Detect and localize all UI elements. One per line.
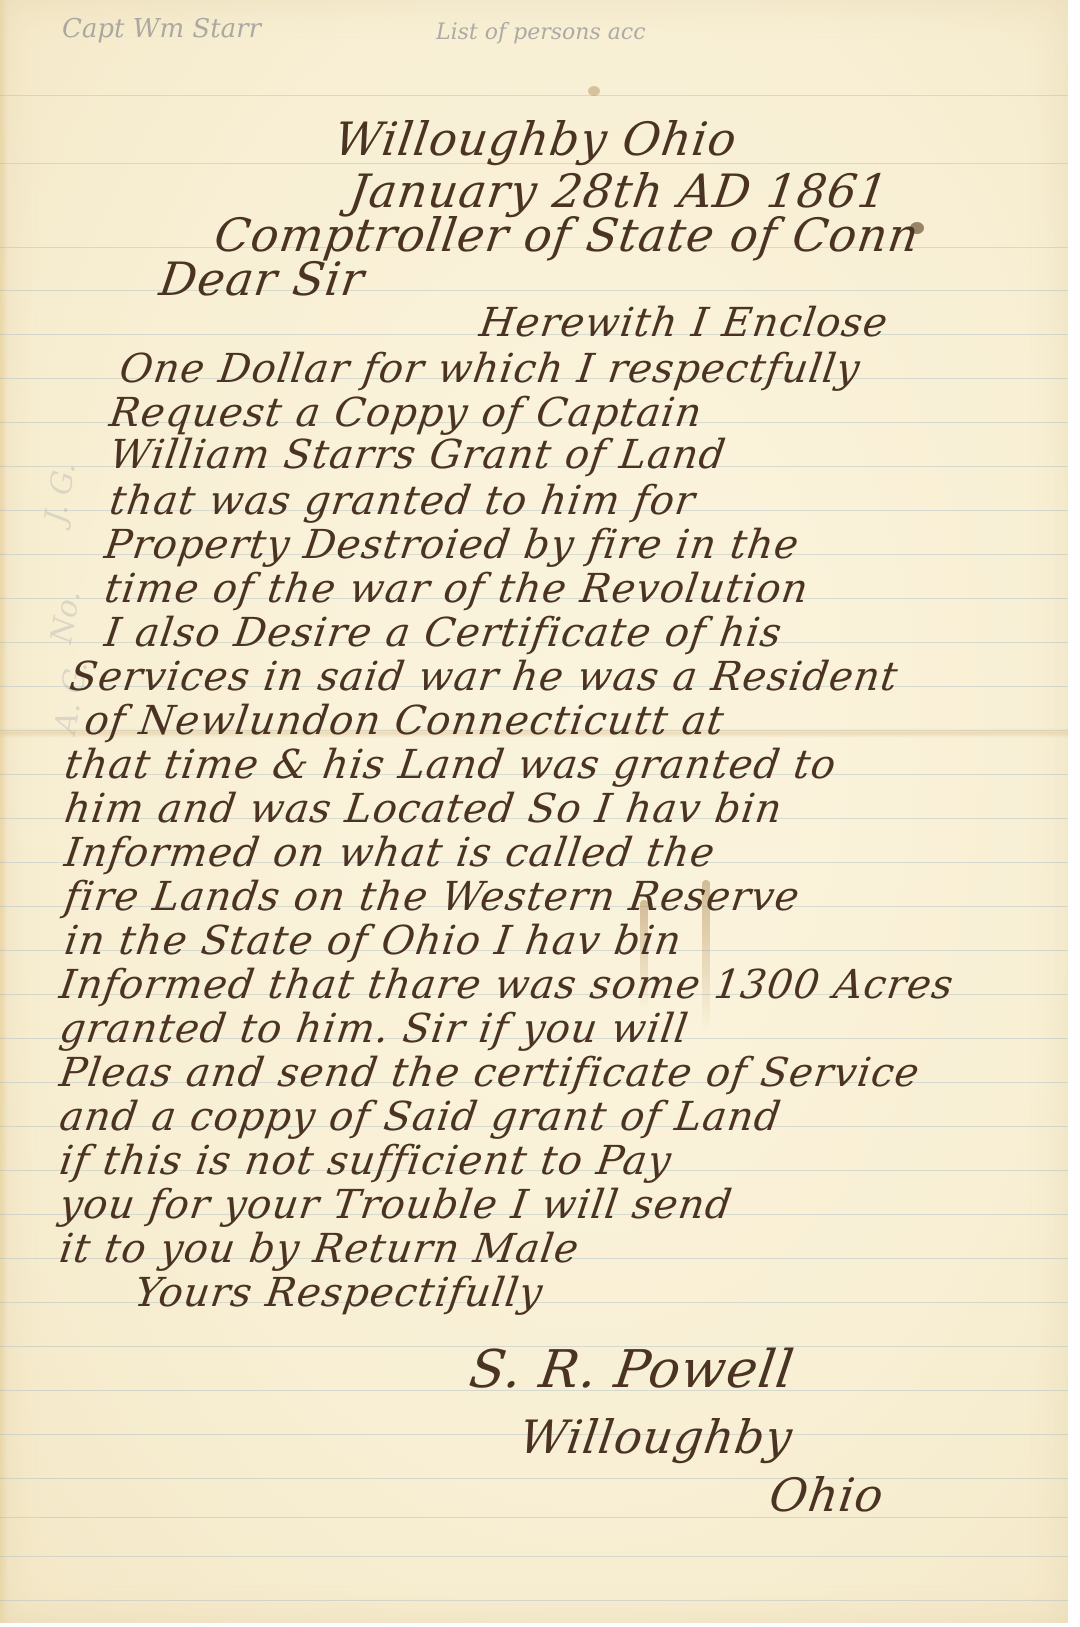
body-line: Property Destroied by fire in the (102, 522, 803, 568)
body-line: Pleas and send the certificate of Servic… (57, 1050, 923, 1096)
body-line: in the State of Ohio I hav bin (62, 918, 685, 964)
letter-closing: Yours Respectifully (132, 1270, 546, 1316)
margin-ghost-text: No. (44, 587, 88, 646)
pencil-annotation-list: List of persons acc (436, 20, 646, 45)
body-line: that was granted to him for (107, 478, 699, 524)
body-line: of Newlundon Connecticutt at (82, 698, 728, 744)
letter-salutation: Dear Sir (156, 252, 368, 306)
body-line: if this is not sufficient to Pay (57, 1138, 675, 1184)
body-line: that time & his Land was granted to (62, 742, 840, 788)
body-line: fire Lands on the Western Reserve (62, 874, 803, 920)
body-line: Informed on what is called the (62, 830, 719, 876)
ruled-line (0, 95, 1068, 96)
body-line: time of the war of the Revolution (102, 566, 812, 612)
body-line: granted to him. Sir if you will (57, 1006, 692, 1052)
ruled-line (0, 1556, 1068, 1557)
ruled-line (0, 1517, 1068, 1518)
body-line: Request a Coppy of Captain (107, 390, 706, 436)
signature-place: Willoughby (516, 1410, 796, 1464)
letter-paper: Capt Wm Starr List of persons acc J. G. … (0, 0, 1068, 1623)
body-line: Informed that thare was some 1300 Acres (57, 962, 957, 1008)
body-line: Herewith I Enclose (477, 300, 891, 346)
pencil-annotation-name: Capt Wm Starr (62, 14, 261, 44)
signature-name: S. R. Powell (466, 1340, 798, 1400)
letter-place: Willoughby Ohio (331, 112, 740, 166)
ink-spot (588, 86, 600, 96)
body-line: One Dollar for which I respectfully (117, 346, 864, 392)
body-line: him and was Located So I hav bin (62, 786, 786, 832)
body-line: William Starrs Grant of Land (107, 432, 729, 478)
paper-edge (0, 0, 8, 1623)
body-line: it to you by Return Male (57, 1226, 582, 1272)
body-line: I also Desire a Certificate of his (102, 610, 785, 656)
body-line: and a coppy of Said grant of Land (57, 1094, 784, 1140)
signature-state: Ohio (766, 1468, 887, 1522)
body-line: you for your Trouble I will send (57, 1182, 735, 1228)
ruled-line (0, 1600, 1068, 1601)
ruled-line (0, 1478, 1068, 1479)
margin-ghost-text: J. G. (38, 460, 83, 526)
body-line: Services in said war he was a Resident (67, 654, 901, 700)
